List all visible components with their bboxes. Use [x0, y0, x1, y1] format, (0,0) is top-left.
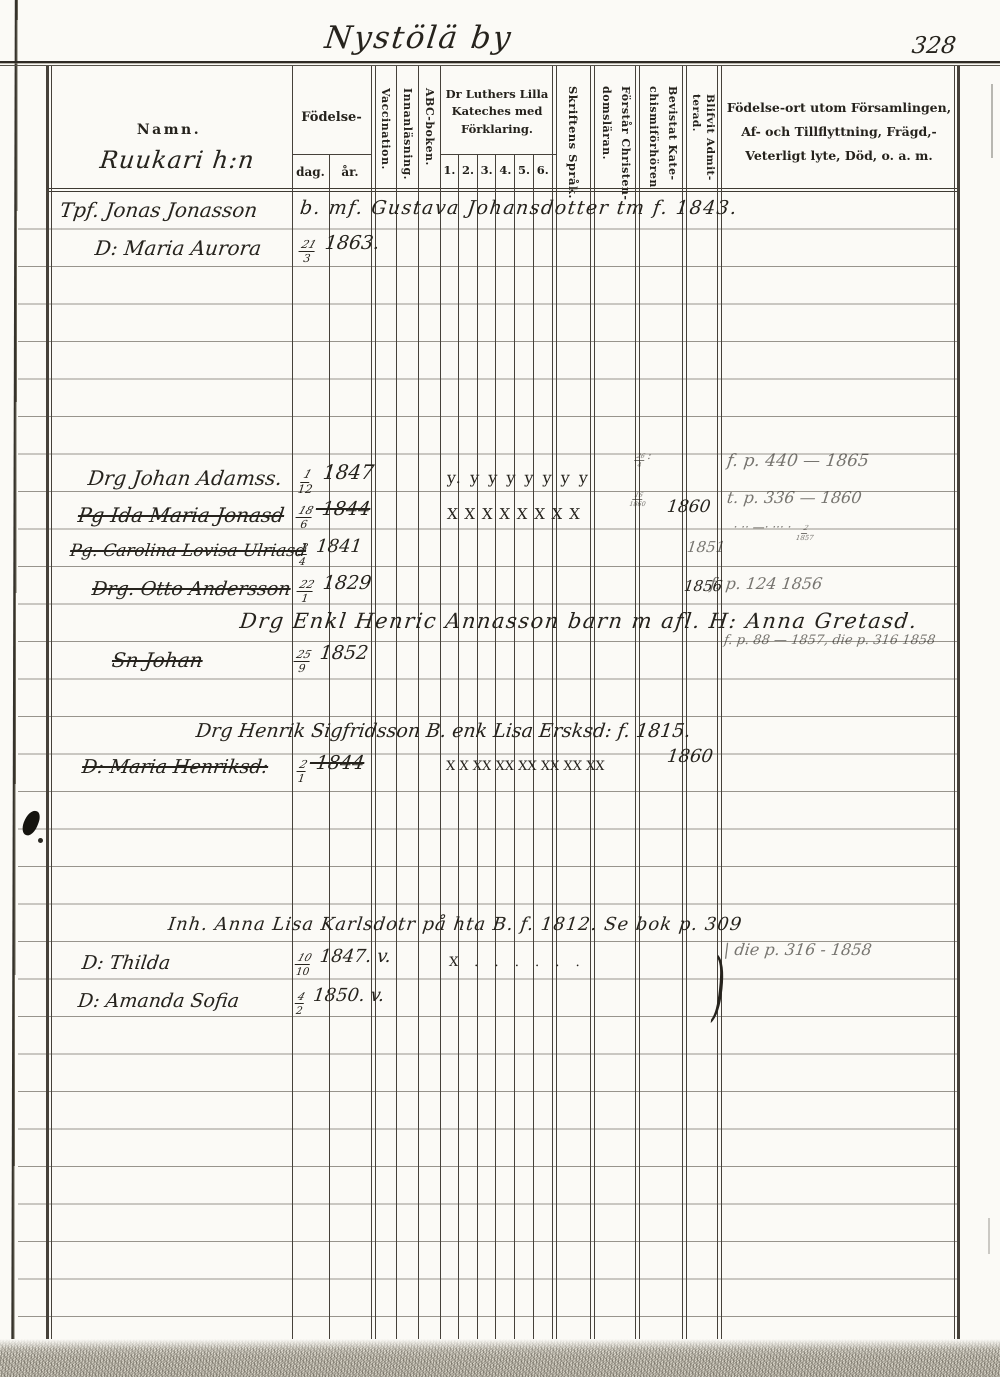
column-rule — [418, 66, 419, 1345]
column-rule — [639, 66, 640, 1345]
column-rule — [682, 66, 683, 1345]
ink-speck — [38, 838, 43, 843]
column-rule — [556, 66, 557, 1345]
handwritten-entry: X . . . . . . — [449, 956, 587, 970]
kateches-col-6: 6. — [533, 163, 552, 177]
scanned-register-page: Nystölä by 328 Namn. Födelse- dag. år. V… — [0, 0, 1000, 1377]
handwritten-entry: t. p. 336 — 1860 — [726, 490, 863, 507]
column-rule — [721, 66, 722, 1345]
handwritten-entry: · ·· —· ··· · 21857 — [732, 521, 818, 544]
forstar-line-2: domsläran. — [597, 86, 616, 200]
column-header-namn: Namn. — [46, 122, 292, 138]
handwritten-entry: Drg Henrik Sigfridsson B. enk Lisa Ersks… — [195, 722, 692, 742]
handwritten-entry: Sn Johan — [111, 650, 204, 671]
handwritten-entry: 42 1850. v. — [292, 987, 385, 1018]
column-rule — [440, 66, 441, 1345]
village-subheading: Ruukari h:n — [98, 148, 256, 173]
column-rule — [594, 66, 595, 1345]
column-rule — [717, 66, 718, 1345]
handwritten-entry: 213 1863. — [296, 234, 380, 266]
column-rule — [552, 66, 553, 1345]
header-bottom-rule — [46, 188, 957, 192]
handwritten-entry: b. mf. Gustava Johansdotter tm f. 1843. — [299, 199, 739, 219]
bevistat-line-1: Bevistat Kate- — [663, 86, 682, 188]
column-rule — [51, 66, 52, 1345]
handwritten-entry: D: Amanda Sofia — [77, 992, 240, 1012]
margin-mark-top — [991, 84, 993, 158]
handwritten-entry: f. p. 440 — 1865 — [726, 453, 870, 471]
handwritten-entry: 34 1841 — [295, 538, 363, 569]
handwritten-entry: f. p. 88 — 1857, die p. 316 1858 — [723, 634, 936, 648]
kateches-col-5: 5. — [515, 163, 534, 177]
kateches-col-2: 2. — [459, 163, 478, 177]
handwritten-entry: 264: — [632, 450, 652, 471]
column-rule — [954, 66, 955, 1345]
column-rule — [686, 66, 687, 1345]
column-header-ar: år. — [329, 165, 371, 179]
column-header-fodelse: Födelse- — [292, 110, 371, 125]
handwritten-entry: 186 1844 — [293, 500, 371, 532]
handwritten-entry: 1860 — [666, 748, 714, 767]
column-rule — [590, 66, 591, 1345]
column-header-kateches: Dr Luthers Lilla Kateches med Förklaring… — [442, 86, 552, 138]
handwritten-entry: y. y y y y y y y — [446, 470, 590, 487]
handwritten-entry: Drg Enkl Henric Annasson barn m afl. H: … — [239, 610, 919, 632]
column-header-dag: dag. — [292, 165, 329, 179]
handwritten-entry: 221 1829 — [294, 574, 372, 606]
column-header-skriftens-sprak: Skriftens Språk. — [556, 86, 590, 199]
column-header-forstar-christendomslaran: Förstår Christen- domsläran. — [594, 86, 635, 200]
column-rule — [635, 66, 636, 1345]
handwritten-entry: ) — [708, 950, 730, 1029]
handwritten-entry: D: Thilda — [81, 954, 172, 974]
column-rule — [957, 66, 960, 1345]
binding-edge — [11, 0, 19, 1377]
bevistat-line-2: chismiförhören — [644, 86, 663, 188]
handwritten-entry: 1851 — [686, 540, 726, 556]
column-header-innanlasning: Innanläsning. — [396, 88, 418, 180]
column-header-vaccination: Vaccination. — [375, 88, 396, 170]
subcolumn-rule — [329, 154, 330, 1345]
kateches-col-3: 3. — [477, 163, 496, 177]
scan-noise-band — [0, 1339, 1000, 1377]
blifvit-line-2: terad. — [689, 94, 703, 181]
kateches-col-4: 4. — [496, 163, 515, 177]
column-rule — [292, 66, 293, 1345]
handwritten-entry: Pg. Carolina Lovisa Ulriasd — [69, 543, 307, 561]
page-title: Nystölä by — [323, 22, 514, 55]
remarks-line-1: Födelse-ort utom Församlingen, — [724, 96, 954, 120]
subcolumn-rule — [533, 154, 534, 1345]
blifvit-line-1: Blifvit Admit- — [703, 94, 717, 181]
handwritten-entry: 112 1847 — [295, 462, 375, 498]
subcolumn-rule — [458, 154, 459, 1345]
handwritten-entry: Drg. Otto Andersson — [91, 580, 292, 600]
page-number: 328 — [911, 34, 958, 58]
remarks-line-3: Veterligt lyte, Död, o. a. m. — [724, 144, 954, 168]
kateches-col-1: 1. — [440, 163, 459, 177]
column-header-remarks: Födelse-ort utom Församlingen, Af- och T… — [724, 96, 954, 167]
handwritten-entry: D: Maria Henriksd: — [81, 758, 269, 778]
margin-mark-bottom — [988, 1218, 990, 1254]
top-rule — [0, 61, 1000, 68]
handwritten-entry: f. p. 124 1856 — [709, 576, 823, 593]
subcolumn-rule — [514, 154, 515, 1345]
kateches-subcolumns: 1. 2. 3. 4. 5. 6. — [440, 163, 552, 177]
handwritten-entry: 1860 — [666, 499, 711, 517]
subcolumn-rule — [495, 154, 496, 1345]
handwritten-entry: 161860 — [627, 489, 650, 510]
handwritten-entry: 1010 1847. v. — [292, 948, 392, 979]
subcolumn-rule — [477, 154, 478, 1345]
handwritten-entry: | die p. 316 - 1858 — [723, 942, 873, 959]
fodelse-divider — [292, 154, 371, 155]
handwritten-entry: Inh. Anna Lisa Karlsdotr på hta B. f. 18… — [167, 916, 743, 935]
handwritten-entry: Pg Ida Maria Jonasd — [77, 505, 286, 526]
remarks-line-2: Af- och Tillflyttning, Frägd,- — [724, 120, 954, 144]
column-header-bevistat-katechismiforhoren: Bevistat Kate- chismiförhören — [639, 86, 682, 188]
column-rule — [396, 66, 397, 1345]
handwritten-entry: X X XX XX XX XX XX XX — [446, 760, 605, 774]
column-rule — [46, 66, 49, 1345]
handwritten-entry: X X X X X X X X — [446, 507, 581, 523]
column-header-blifvit-admitterad: Blifvit Admit- terad. — [686, 94, 717, 181]
handwritten-entry: Tpf. Jonas Jonasson — [59, 200, 259, 221]
handwritten-entry: 259 1852 — [291, 644, 369, 676]
handwritten-entry: Drg Johan Adamss. — [87, 468, 283, 489]
column-header-abc-boken: ABC-boken. — [418, 88, 440, 166]
ink-blot — [20, 808, 42, 837]
handwritten-entry: D: Maria Aurora — [94, 238, 263, 259]
handwritten-entry: 21 1844 — [294, 754, 365, 786]
forstar-line-1: Förstår Christen- — [616, 86, 635, 200]
